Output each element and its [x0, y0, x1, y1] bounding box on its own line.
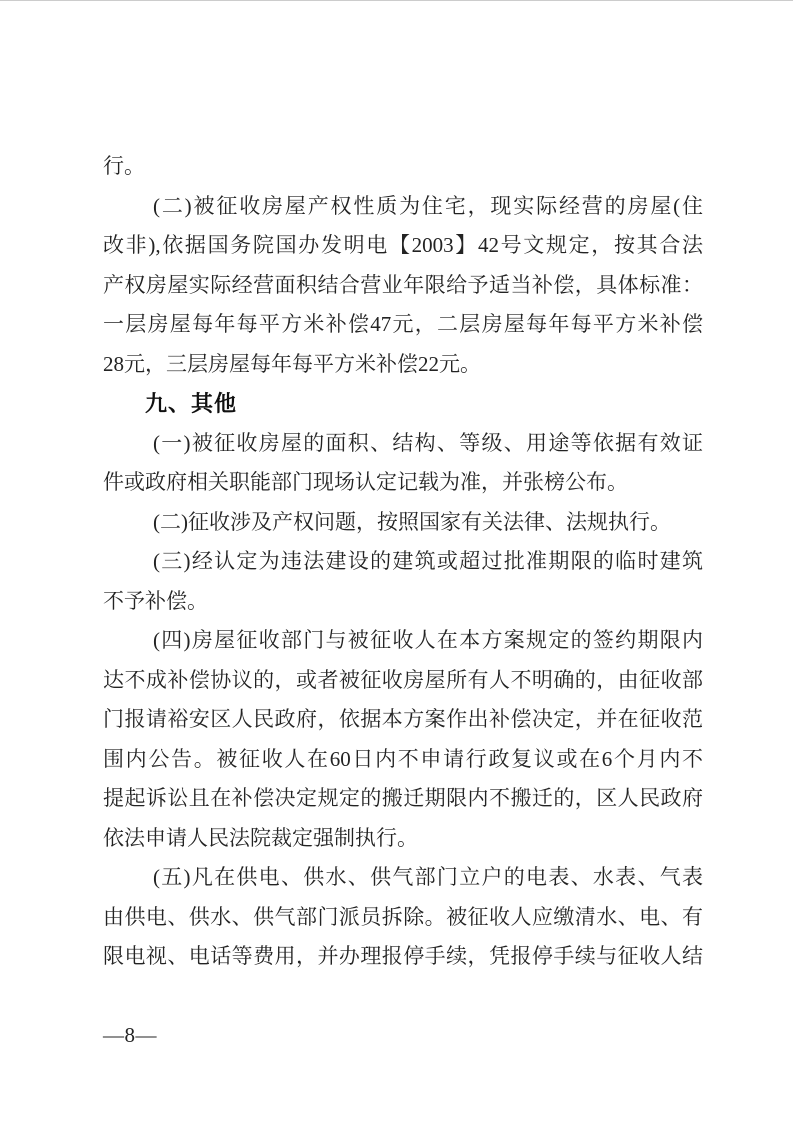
document-page: 行。 (二)被征收房屋产权性质为住宅，现实际经营的房屋(住 改非),依据国务院国…: [0, 0, 793, 1122]
section-heading: 九、其他: [103, 384, 703, 424]
text-line: 行。: [103, 147, 703, 187]
text-line: (二)被征收房屋产权性质为住宅，现实际经营的房屋(住: [103, 187, 703, 227]
text-line: 达不成补偿协议的，或者被征收房屋所有人不明确的，由征收部: [103, 661, 703, 701]
text-line: 限电视、电话等费用，并办理报停手续，凭报停手续与征收人结: [103, 937, 703, 977]
text-line: 28元，三层房屋每年每平方米补偿22元。: [103, 345, 703, 385]
text-line: 依法申请人民法院裁定强制执行。: [103, 819, 703, 859]
text-line: (一)被征收房屋的面积、结构、等级、用途等依据有效证: [103, 424, 703, 464]
text-line: (三)经认定为违法建设的建筑或超过批准期限的临时建筑: [103, 542, 703, 582]
text-line: (五)凡在供电、供水、供气部门立户的电表、水表、气表: [103, 858, 703, 898]
text-line: 产权房屋实际经营面积结合营业年限给予适当补偿，具体标准：: [103, 266, 703, 306]
scan-edge-line: [0, 0, 793, 1]
text-line: 提起诉讼且在补偿决定规定的搬迁期限内不搬迁的，区人民政府: [103, 779, 703, 819]
text-line: 改非),依据国务院国办发明电【2003】42号文规定，按其合法: [103, 226, 703, 266]
text-line: 由供电、供水、供气部门派员拆除。被征收人应缴清水、电、有: [103, 898, 703, 938]
text-line: 一层房屋每年每平方米补偿47元，二层房屋每年每平方米补偿: [103, 305, 703, 345]
page-number: —8—: [103, 1024, 157, 1046]
text-line: 门报请裕安区人民政府，依据本方案作出补偿决定，并在征收范: [103, 700, 703, 740]
text-line: 围内公告。被征收人在60日内不申请行政复议或在6个月内不: [103, 740, 703, 780]
text-line: 件或政府相关职能部门现场认定记载为准，并张榜公布。: [103, 463, 703, 503]
text-line: (二)征收涉及产权问题，按照国家有关法律、法规执行。: [103, 503, 703, 543]
text-line: (四)房屋征收部门与被征收人在本方案规定的签约期限内: [103, 621, 703, 661]
text-line: 不予补偿。: [103, 582, 703, 622]
document-body: 行。 (二)被征收房屋产权性质为住宅，现实际经营的房屋(住 改非),依据国务院国…: [103, 147, 703, 977]
